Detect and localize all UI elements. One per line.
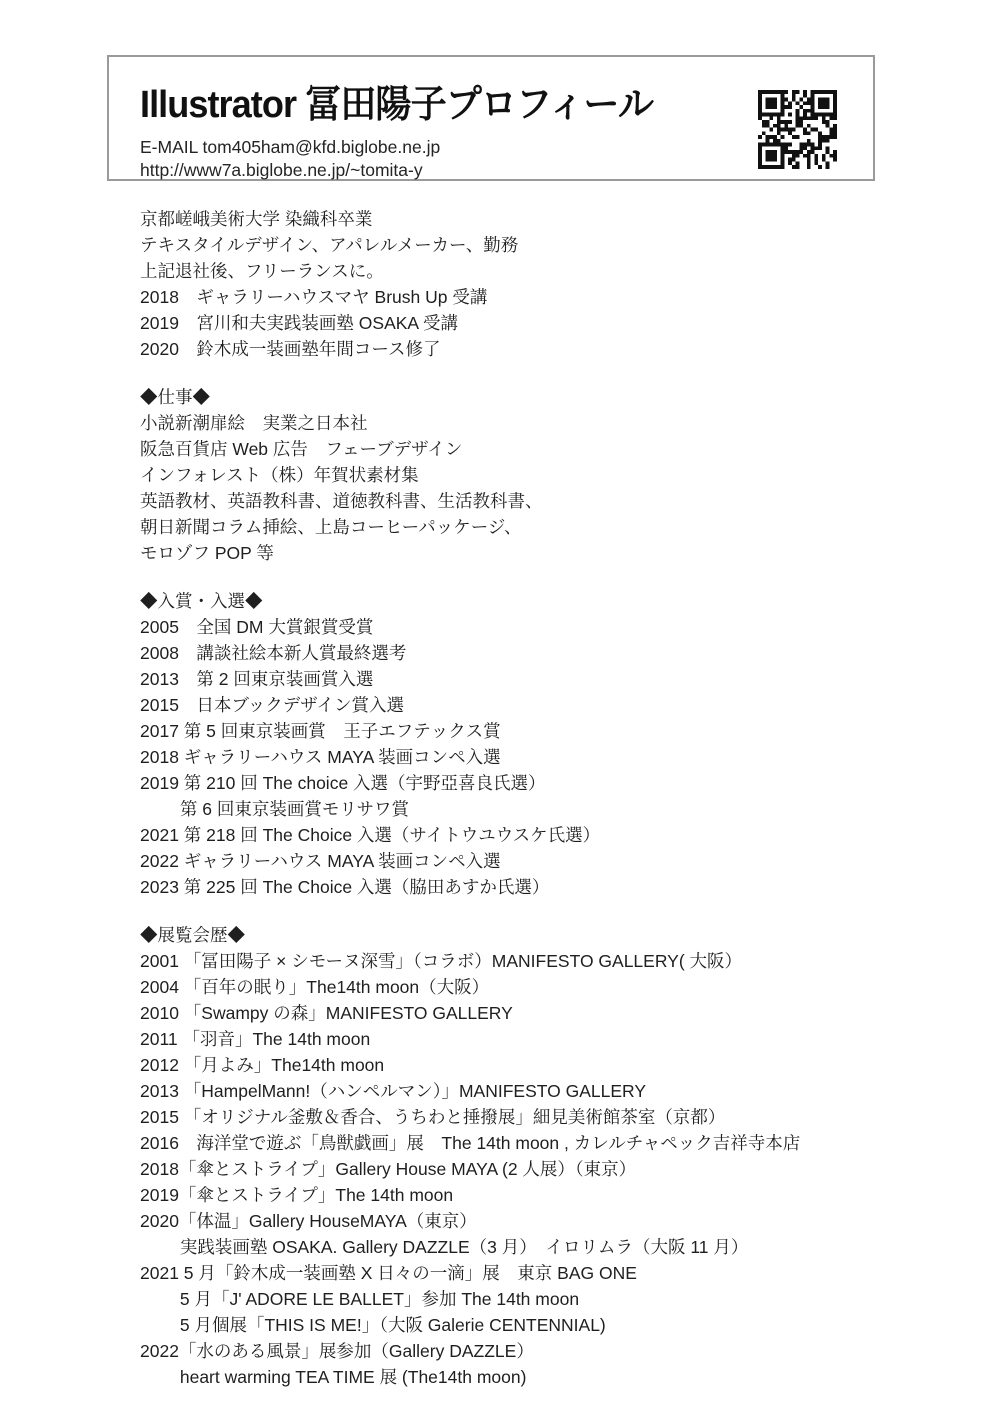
profile-line: 2005 全国 DM 大賞銀賞受賞 xyxy=(140,614,800,640)
profile-line: 2013 「HampelMann!（ハンペルマン）」MANIFESTO GALL… xyxy=(140,1078,800,1104)
profile-section: ◆入賞・入選◆2005 全国 DM 大賞銀賞受賞2008 講談社絵本新人賞最終選… xyxy=(140,588,800,900)
profile-line: 2022「水のある風景」展参加（Gallery DAZZLE） xyxy=(140,1338,800,1364)
profile-line: heart warming TEA TIME 展 (The14th moon) xyxy=(140,1364,800,1390)
profile-line: 小説新潮扉絵 実業之日本社 xyxy=(140,410,800,436)
section-heading: ◆仕事◆ xyxy=(140,384,800,410)
profile-line: 2020 鈴木成一装画塾年間コース修了 xyxy=(140,336,800,362)
profile-sections: 京都嵯峨美術大学 染織科卒業テキスタイルデザイン、アパレルメーカー、勤務上記退社… xyxy=(140,206,800,1390)
profile-page: Illustrator 冨田陽子プロフィール E-MAIL tom405ham@… xyxy=(0,0,1000,1415)
page-title: Illustrator 冨田陽子プロフィール xyxy=(140,73,653,128)
profile-line: 第 6 回東京装画賞モリサワ賞 xyxy=(140,796,800,822)
profile-line: 2019 宮川和夫実践装画塾 OSAKA 受講 xyxy=(140,310,800,336)
profile-line: モロゾフ POP 等 xyxy=(140,540,800,566)
profile-line: 2012 「月よみ」The14th moon xyxy=(140,1052,800,1078)
header-text-block: Illustrator 冨田陽子プロフィール E-MAIL tom405ham@… xyxy=(140,73,680,182)
profile-section: ◆仕事◆小説新潮扉絵 実業之日本社阪急百貨店 Web 広告 フェーブデザインイン… xyxy=(140,384,800,566)
profile-line: 2013 第 2 回東京装画賞入選 xyxy=(140,666,800,692)
profile-line: 2020「体温」Gallery HouseMAYA（東京） xyxy=(140,1208,800,1234)
profile-line: 5 月「J' ADORE LE BALLET」参加 The 14th moon xyxy=(140,1286,800,1312)
profile-line: 2023 第 225 回 The Choice 入選（脇田あすか氏選） xyxy=(140,874,800,900)
profile-line: 2021 第 218 回 The Choice 入選（サイトウユウスケ氏選） xyxy=(140,822,800,848)
profile-line: 2016 海洋堂で遊ぶ「鳥獣戯画」展 The 14th moon , カレルチャ… xyxy=(140,1130,800,1156)
profile-line: インフォレスト（株）年賀状素材集 xyxy=(140,462,800,488)
section-heading: ◆入賞・入選◆ xyxy=(140,588,800,614)
profile-line: 2015 「オリジナル釜敷＆香合、うちわと捶撥展」細見美術館茶室（京都） xyxy=(140,1104,800,1130)
qr-code-icon xyxy=(758,90,837,169)
profile-line: 2015 日本ブックデザイン賞入選 xyxy=(140,692,800,718)
profile-section: ◆展覧会歴◆2001 「冨田陽子 × シモーヌ深雪」（コラボ）MANIFESTO… xyxy=(140,922,800,1390)
profile-line: 2018 ギャラリーハウスマヤ Brush Up 受講 xyxy=(140,284,800,310)
profile-line: 2008 講談社絵本新人賞最終選考 xyxy=(140,640,800,666)
profile-line: 京都嵯峨美術大学 染織科卒業 xyxy=(140,206,800,232)
profile-line: 朝日新聞コラム挿絵、上島コーヒーパッケージ、 xyxy=(140,514,800,540)
url-text: http://www7a.biglobe.ne.jp/~tomita-y xyxy=(140,159,680,182)
profile-line: 2019 第 210 回 The choice 入選（宇野亞喜良氏選） xyxy=(140,770,800,796)
section-heading: ◆展覧会歴◆ xyxy=(140,922,800,948)
profile-line: 2004 「百年の眠り」The14th moon（大阪） xyxy=(140,974,800,1000)
profile-line: 2010 「Swampy の森」MANIFESTO GALLERY xyxy=(140,1000,800,1026)
profile-line: 英語教材、英語教科書、道徳教科書、生活教科書、 xyxy=(140,488,800,514)
profile-line: 阪急百貨店 Web 広告 フェーブデザイン xyxy=(140,436,800,462)
profile-section: 京都嵯峨美術大学 染織科卒業テキスタイルデザイン、アパレルメーカー、勤務上記退社… xyxy=(140,206,800,362)
contact-block: E-MAIL tom405ham@kfd.biglobe.ne.jp http:… xyxy=(140,136,680,182)
profile-line: 2022 ギャラリーハウス MAYA 装画コンペ入選 xyxy=(140,848,800,874)
profile-line: テキスタイルデザイン、アパレルメーカー、勤務 xyxy=(140,232,800,258)
profile-line: 2018「傘とストライプ」Gallery House MAYA (2 人展）（東… xyxy=(140,1156,800,1182)
profile-line: 上記退社後、フリーランスに。 xyxy=(140,258,800,284)
email-text: E-MAIL tom405ham@kfd.biglobe.ne.jp xyxy=(140,136,680,159)
profile-line: 2017 第 5 回東京装画賞 王子エフテックス賞 xyxy=(140,718,800,744)
profile-line: 2021 5 月「鈴木成一装画塾 X 日々の一滴」展 東京 BAG ONE xyxy=(140,1260,800,1286)
profile-line: 2018 ギャラリーハウス MAYA 装画コンペ入選 xyxy=(140,744,800,770)
profile-line: 2011 「羽音」The 14th moon xyxy=(140,1026,800,1052)
profile-line: 5 月個展「THIS IS ME!」（大阪 Galerie CENTENNIAL… xyxy=(140,1312,800,1338)
profile-line: 2019「傘とストライプ」The 14th moon xyxy=(140,1182,800,1208)
profile-line: 2001 「冨田陽子 × シモーヌ深雪」（コラボ）MANIFESTO GALLE… xyxy=(140,948,800,974)
header-box: Illustrator 冨田陽子プロフィール E-MAIL tom405ham@… xyxy=(107,55,875,181)
profile-line: 実践装画塾 OSAKA. Gallery DAZZLE（3 月） イロリムラ（大… xyxy=(140,1234,800,1260)
